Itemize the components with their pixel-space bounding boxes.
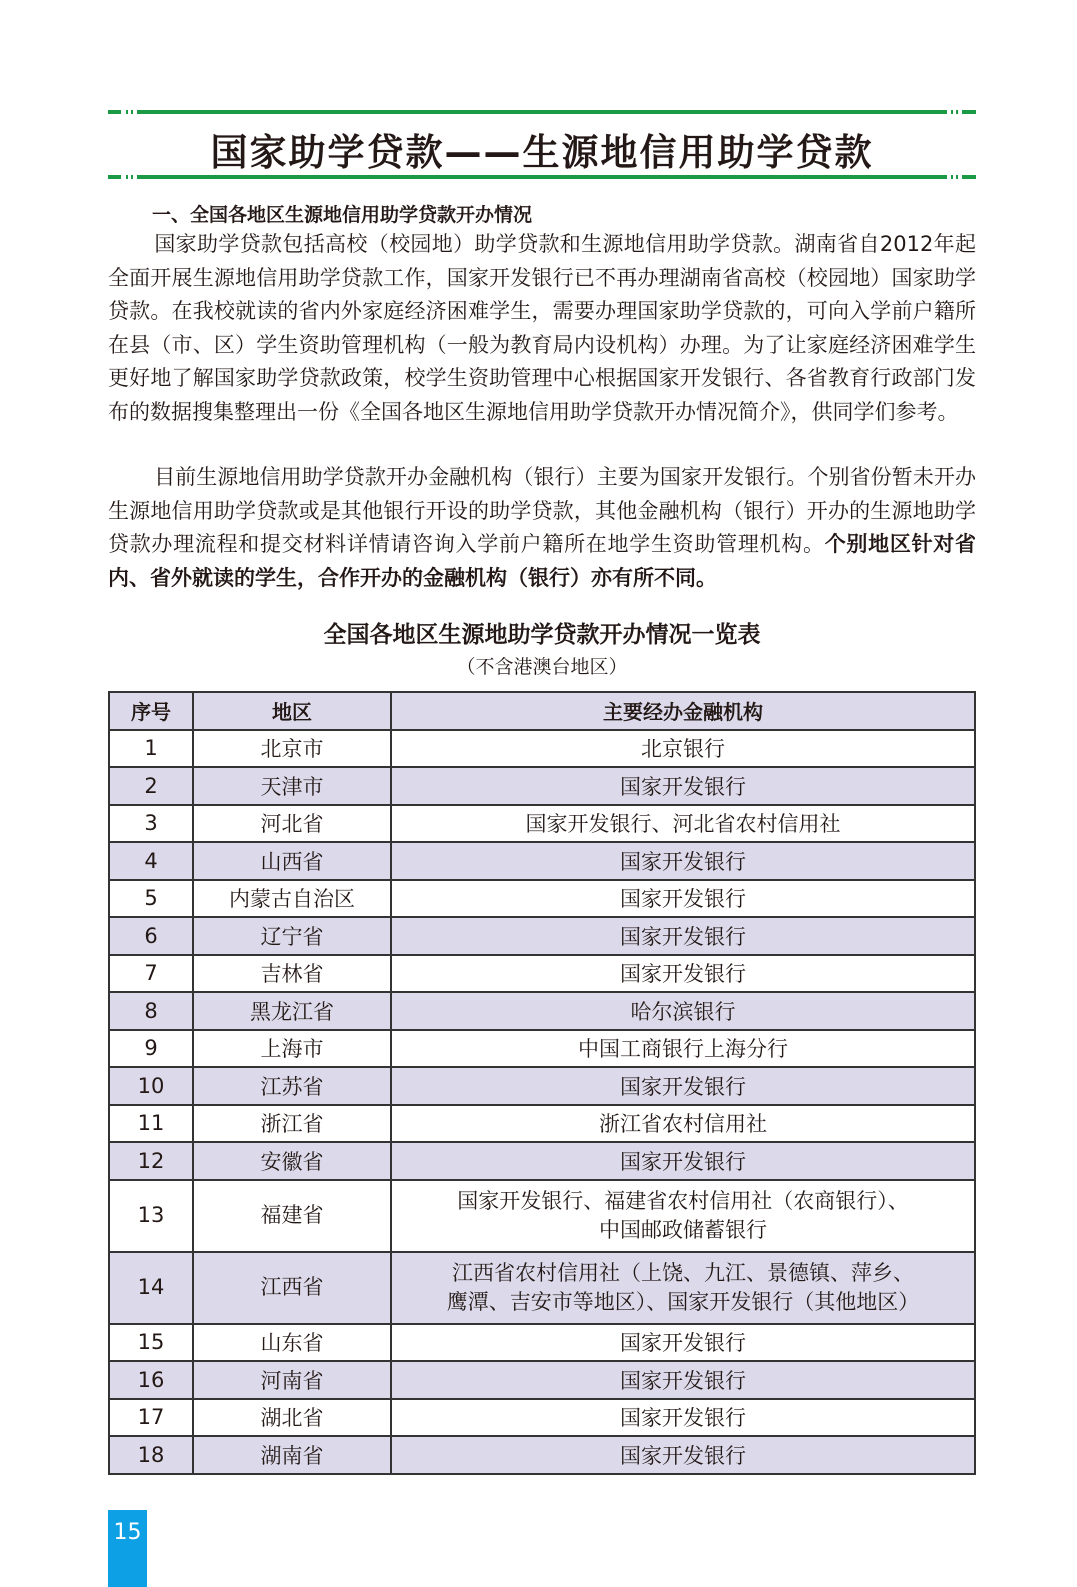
cell-bank: 国家开发银行 — [391, 880, 975, 918]
bottom-divider — [108, 175, 976, 179]
table-row: 12安徽省国家开发银行 — [109, 1142, 975, 1180]
page-number: 15 — [108, 1510, 147, 1587]
cell-no: 10 — [109, 1067, 193, 1105]
loan-banks-table: 序号 地区 主要经办金融机构 1北京市北京银行2天津市国家开发银行3河北省国家开… — [108, 691, 976, 1475]
cell-no: 14 — [109, 1252, 193, 1324]
cell-bank: 中国工商银行上海分行 — [391, 1030, 975, 1068]
table-row: 6辽宁省国家开发银行 — [109, 917, 975, 955]
table-row: 9上海市中国工商银行上海分行 — [109, 1030, 975, 1068]
table-row: 15山东省国家开发银行 — [109, 1324, 975, 1362]
table-row: 16河南省国家开发银行 — [109, 1361, 975, 1399]
table-row: 14江西省江西省农村信用社（上饶、九江、景德镇、萍乡、鹰潭、吉安市等地区）、国家… — [109, 1252, 975, 1324]
header-no: 序号 — [109, 692, 193, 730]
cell-bank: 国家开发银行、福建省农村信用社（农商银行）、中国邮政储蓄银行 — [391, 1180, 975, 1252]
cell-no: 6 — [109, 917, 193, 955]
cell-no: 1 — [109, 730, 193, 768]
table-row: 3河北省国家开发银行、河北省农村信用社 — [109, 805, 975, 843]
cell-region: 山西省 — [193, 842, 391, 880]
cell-region: 湖南省 — [193, 1436, 391, 1474]
cell-no: 5 — [109, 880, 193, 918]
table-header-row: 序号 地区 主要经办金融机构 — [109, 692, 975, 730]
header-bank: 主要经办金融机构 — [391, 692, 975, 730]
cell-no: 15 — [109, 1324, 193, 1362]
cell-no: 3 — [109, 805, 193, 843]
cell-no: 9 — [109, 1030, 193, 1068]
cell-region: 北京市 — [193, 730, 391, 768]
cell-no: 17 — [109, 1399, 193, 1437]
cell-region: 上海市 — [193, 1030, 391, 1068]
cell-region: 山东省 — [193, 1324, 391, 1362]
page-title: 国家助学贷款——生源地信用助学贷款 — [108, 122, 976, 176]
cell-region: 河北省 — [193, 805, 391, 843]
cell-bank: 国家开发银行 — [391, 1399, 975, 1437]
cell-bank: 北京银行 — [391, 730, 975, 768]
cell-no: 7 — [109, 955, 193, 993]
cell-bank: 浙江省农村信用社 — [391, 1105, 975, 1143]
cell-bank: 国家开发银行 — [391, 1324, 975, 1362]
banks-paragraph: 目前生源地信用助学贷款开办金融机构（银行）主要为国家开发银行。个别省份暂未开办生… — [108, 461, 976, 595]
cell-region: 天津市 — [193, 767, 391, 805]
table-row: 1北京市北京银行 — [109, 730, 975, 768]
cell-bank: 国家开发银行 — [391, 767, 975, 805]
cell-bank: 国家开发银行 — [391, 1142, 975, 1180]
cell-bank: 国家开发银行、河北省农村信用社 — [391, 805, 975, 843]
cell-region: 安徽省 — [193, 1142, 391, 1180]
cell-no: 16 — [109, 1361, 193, 1399]
cell-bank: 哈尔滨银行 — [391, 992, 975, 1030]
intro-paragraph: 国家助学贷款包括高校（校园地）助学贷款和生源地信用助学贷款。湖南省自2012年起… — [108, 228, 976, 429]
header-region: 地区 — [193, 692, 391, 730]
cell-bank: 国家开发银行 — [391, 1436, 975, 1474]
cell-region: 江苏省 — [193, 1067, 391, 1105]
table-title: 全国各地区生源地助学贷款开办情况一览表 — [108, 616, 976, 649]
table-row: 7吉林省国家开发银行 — [109, 955, 975, 993]
table-row: 2天津市国家开发银行 — [109, 767, 975, 805]
cell-bank: 国家开发银行 — [391, 1067, 975, 1105]
cell-no: 2 — [109, 767, 193, 805]
table-row: 11浙江省浙江省农村信用社 — [109, 1105, 975, 1143]
table-row: 10江苏省国家开发银行 — [109, 1067, 975, 1105]
cell-bank: 江西省农村信用社（上饶、九江、景德镇、萍乡、鹰潭、吉安市等地区）、国家开发银行（… — [391, 1252, 975, 1324]
table-row: 18湖南省国家开发银行 — [109, 1436, 975, 1474]
cell-region: 吉林省 — [193, 955, 391, 993]
cell-no: 13 — [109, 1180, 193, 1252]
cell-region: 福建省 — [193, 1180, 391, 1252]
cell-no: 4 — [109, 842, 193, 880]
table-row: 8黑龙江省哈尔滨银行 — [109, 992, 975, 1030]
cell-no: 18 — [109, 1436, 193, 1474]
cell-region: 内蒙古自治区 — [193, 880, 391, 918]
paragraph-text: 国家助学贷款包括高校（校园地）助学贷款和生源地信用助学贷款。湖南省自2012年起… — [108, 232, 976, 424]
cell-no: 8 — [109, 992, 193, 1030]
table-row: 13福建省国家开发银行、福建省农村信用社（农商银行）、中国邮政储蓄银行 — [109, 1180, 975, 1252]
cell-region: 河南省 — [193, 1361, 391, 1399]
table-row: 4山西省国家开发银行 — [109, 842, 975, 880]
table-row: 17湖北省国家开发银行 — [109, 1399, 975, 1437]
cell-region: 辽宁省 — [193, 917, 391, 955]
cell-no: 12 — [109, 1142, 193, 1180]
cell-region: 江西省 — [193, 1252, 391, 1324]
table-row: 5内蒙古自治区国家开发银行 — [109, 880, 975, 918]
cell-bank: 国家开发银行 — [391, 917, 975, 955]
table-subtitle: （不含港澳台地区） — [108, 652, 976, 679]
cell-no: 11 — [109, 1105, 193, 1143]
section-heading: 一、全国各地区生源地信用助学贷款开办情况 — [152, 200, 532, 227]
cell-region: 黑龙江省 — [193, 992, 391, 1030]
cell-region: 湖北省 — [193, 1399, 391, 1437]
cell-bank: 国家开发银行 — [391, 842, 975, 880]
top-divider — [108, 110, 976, 114]
cell-bank: 国家开发银行 — [391, 955, 975, 993]
cell-bank: 国家开发银行 — [391, 1361, 975, 1399]
cell-region: 浙江省 — [193, 1105, 391, 1143]
